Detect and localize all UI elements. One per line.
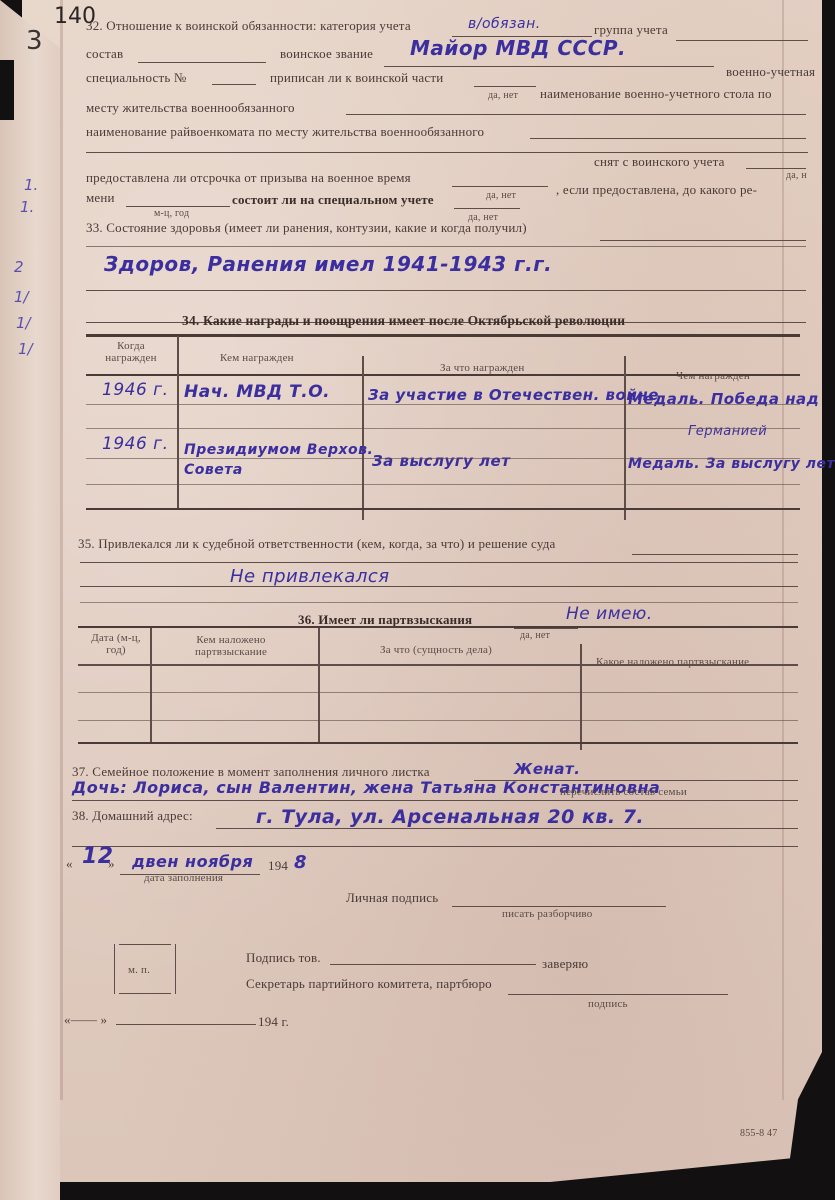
awards-col-when: Когда награжден: [96, 340, 166, 364]
margin-mark: 1.: [20, 198, 34, 216]
district-field-line[interactable]: [530, 138, 806, 139]
vus-label-right: специальность №: [86, 70, 187, 86]
penalty-col-divider: [580, 644, 582, 750]
health-field-line-3[interactable]: [86, 290, 806, 291]
awards-col-award: Чем награжден: [676, 370, 750, 382]
composition-label: состав: [86, 46, 123, 62]
secretary-signature-line[interactable]: [508, 994, 728, 995]
removed-field-line[interactable]: [746, 168, 806, 169]
date-close-quote: »: [108, 856, 115, 872]
deferment-field-line[interactable]: [452, 186, 548, 187]
specialty-field-line[interactable]: [212, 84, 256, 85]
court-field-line-3[interactable]: [80, 586, 798, 587]
vus-right-label: военно-учетная: [726, 64, 815, 80]
margin-mark: 1/: [16, 314, 31, 332]
assigned-field-line[interactable]: [474, 86, 536, 87]
secretary-label: Секретарь партийного комитета, партбюро: [246, 976, 492, 992]
health-field-line-2[interactable]: [86, 246, 806, 247]
awards-row-line: [86, 458, 800, 459]
awards-row-line: [86, 428, 800, 429]
award1-by[interactable]: Нач. МВД Т.О.: [184, 382, 330, 402]
stamp-label: м. п.: [128, 964, 150, 976]
section34-title: 34. Какие награды и поощрения имеет посл…: [182, 313, 625, 329]
party-penalty-value[interactable]: Не имею.: [566, 604, 653, 624]
penalty-row-line: [78, 720, 798, 721]
composition-field-line[interactable]: [138, 62, 266, 63]
fill-year-suffix[interactable]: 8: [294, 852, 307, 873]
health-field-line[interactable]: [600, 240, 806, 241]
award1-award[interactable]: Медаль. Победа над: [628, 390, 819, 408]
party-penalty-field-line[interactable]: [514, 628, 578, 629]
margin-mark: 1/: [18, 340, 33, 358]
award1-for[interactable]: За участие в Отечествен. войне: [368, 386, 659, 404]
date-open-quote: «: [66, 856, 73, 872]
court-field-line[interactable]: [632, 554, 798, 555]
rank-value[interactable]: Майор МВД СССР.: [410, 36, 626, 60]
section35-label: 35. Привлекался ли к судебной ответствен…: [78, 536, 556, 552]
awards-row-line: [86, 484, 800, 485]
right-fold-crease: [782, 0, 784, 1100]
district-label: наименование райвоенкомата по месту жите…: [86, 124, 484, 140]
award1-award-cont[interactable]: Германией: [688, 424, 767, 439]
court-field-line-2[interactable]: [80, 562, 798, 563]
award2-by-cont[interactable]: Совета: [184, 462, 243, 478]
penalty-col-by: Кем наложено партвзыскание: [176, 634, 286, 658]
penalty-col-divider: [318, 628, 320, 742]
award1-when[interactable]: 1946 г.: [102, 380, 169, 400]
fill-year-prefix: 194: [268, 858, 288, 874]
awards-col-by: Кем награжден: [220, 352, 294, 364]
award2-when[interactable]: 1946 г.: [102, 434, 169, 454]
district-field-line-2[interactable]: [86, 152, 808, 153]
party-penalty-hint: да, нет: [520, 630, 550, 641]
awards-header-rule: [86, 374, 800, 376]
penalty-col-type: Какое наложено партвзыскание: [596, 656, 749, 668]
special-field-line[interactable]: [454, 208, 520, 209]
address-value[interactable]: г. Тула, ул. Арсенальная 20 кв. 7.: [256, 806, 644, 828]
fold-crease: [60, 0, 63, 1100]
certify-year: 194 г.: [258, 1014, 289, 1030]
awards-table-bottom: [86, 508, 800, 510]
section38-label: 38. Домашний адрес:: [72, 808, 193, 824]
deferment-label: предоставлена ли отсрочка от призыва на …: [86, 170, 411, 186]
fill-month-value[interactable]: двен ноября: [132, 852, 253, 871]
residence-field-line[interactable]: [346, 114, 806, 115]
removed-hint: да, н: [786, 170, 807, 181]
group-field-line[interactable]: [676, 40, 808, 41]
awards-table-top: [86, 334, 800, 337]
assigned-label: приписан ли к воинской части: [270, 70, 443, 86]
penalty-table-top: [78, 626, 798, 628]
personal-signature-line[interactable]: [452, 906, 666, 907]
penalty-row-line: [78, 692, 798, 693]
certify-date-open: «—— »: [64, 1012, 107, 1028]
name-vus-label: наименование военно-учетного стола по: [540, 86, 772, 102]
binder-tab: [0, 60, 14, 120]
court-field-line-4[interactable]: [80, 602, 798, 603]
rank-label: воинское звание: [280, 46, 373, 62]
section32-label: 32. Отношение к воинской обязанности: ка…: [86, 18, 411, 34]
rank-field-line: [384, 66, 714, 67]
time-label: мени: [86, 190, 115, 206]
comrade-signature-line[interactable]: [330, 964, 536, 965]
address-field-line[interactable]: [216, 828, 798, 829]
award2-by[interactable]: Президиумом Верхов.: [184, 442, 373, 458]
category-value[interactable]: в/обязан.: [468, 16, 541, 32]
time-field-line[interactable]: [126, 206, 230, 207]
family-hint: перечислить состав семьи: [560, 786, 687, 798]
awards-col-for: За что награжден: [440, 362, 524, 374]
certify-label: заверяю: [542, 956, 588, 972]
personal-signature-label: Личная подпись: [346, 890, 438, 906]
awards-col-divider: [177, 336, 179, 508]
address-field-line-2[interactable]: [72, 846, 798, 847]
penalty-col-for: За что (сущность дела): [380, 644, 492, 656]
section33-label: 33. Состояние здоровья (имеет ли ранения…: [86, 220, 527, 236]
deferment-until-label: , если предоставлена, до какого ре-: [556, 182, 757, 198]
personal-signature-hint: писать разборчиво: [502, 908, 592, 920]
certify-date-line[interactable]: [116, 1024, 256, 1025]
margin-mark: 1/: [14, 288, 29, 306]
secretary-signature-hint: подпись: [588, 998, 628, 1010]
margin-letter: 3: [26, 26, 43, 56]
fill-date-hint: дата заполнения: [144, 872, 223, 884]
penalty-col-divider: [150, 628, 152, 742]
court-value[interactable]: Не привлекался: [230, 566, 390, 587]
removed-label: снят с воинского учета: [594, 154, 725, 170]
awards-row-line: [86, 404, 800, 405]
awards-col-divider: [624, 356, 626, 520]
form-code: 855-8 47: [740, 1128, 777, 1139]
awards-col-divider: [362, 356, 364, 520]
specialty-label: специальность №: [86, 70, 187, 85]
award2-for[interactable]: За выслугу лет: [372, 452, 510, 470]
residence-label: месту жительства военнообязанного: [86, 100, 295, 116]
comrade-signature-label: Подпись тов.: [246, 950, 321, 966]
family-field-line-2[interactable]: [72, 800, 798, 801]
special-label: состоит ли на специальном учете: [232, 192, 434, 208]
deferment-hint: да, нет: [486, 190, 516, 201]
marital-status-value[interactable]: Женат.: [514, 760, 580, 778]
margin-mark: 2: [14, 258, 24, 276]
health-value[interactable]: Здоров, Ранения имел 1941-1943 г.г.: [104, 252, 552, 276]
margin-mark: 1.: [24, 176, 38, 194]
time-hint: м-ц, год: [154, 208, 189, 219]
penalty-col-date: Дата (м-ц, год): [84, 632, 148, 656]
assigned-hint: да, нет: [488, 90, 518, 101]
penalty-table-bottom: [78, 742, 798, 744]
penalty-header-rule: [78, 664, 798, 666]
